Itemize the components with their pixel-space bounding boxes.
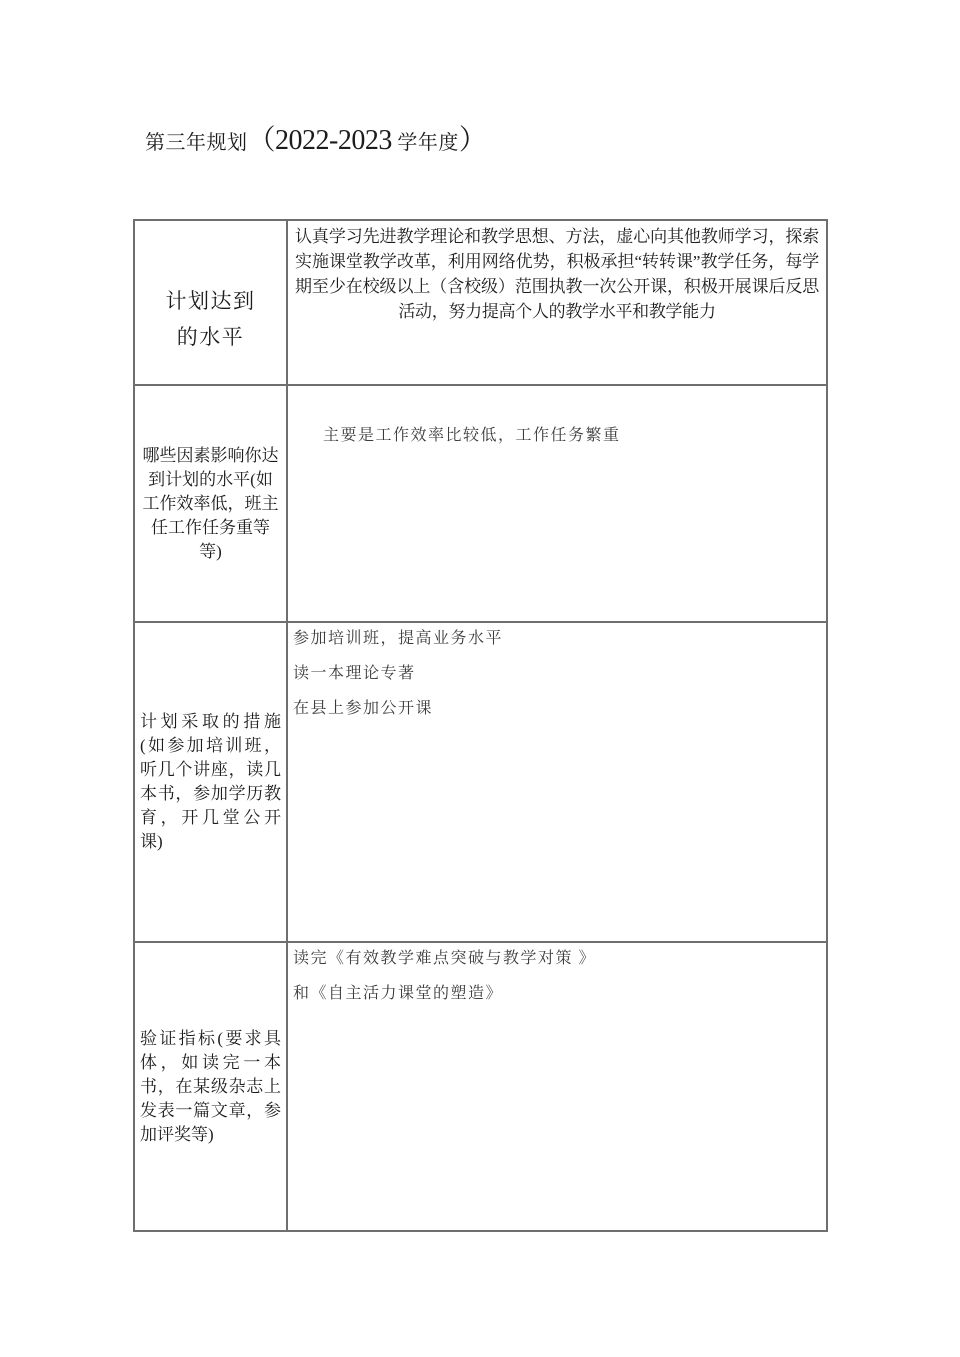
content-cell-planned-measures: 参加培训班，提高业务水平 读一本理论专著 在县上参加公开课 xyxy=(288,623,826,941)
row-label: 计划达到的水平 xyxy=(163,283,259,355)
title-prefix: 第三年规划 xyxy=(145,132,248,154)
plan-form-table: 计划达到的水平 认真学习先进教学理论和教学思想、方法，虚心向其他教师学习，探索实… xyxy=(133,219,828,1232)
title-close-paren: ） xyxy=(459,125,487,156)
row-label: 哪些因素影响你达到计划的水平(如工作效率低，班主任工作任务重等等) xyxy=(140,444,281,564)
label-cell-verification-indicators: 验证指标(要求具体，如读完一本书，在某级杂志上发表一篇文章，参加评奖等) xyxy=(135,943,288,1230)
document-title: 第三年规划（2022-2023 学年度） xyxy=(145,123,486,163)
title-year-range: （2022-2023 xyxy=(248,125,392,156)
table-row-planned-measures: 计划采取的措施(如参加培训班，听几个讲座，读几本书，参加学历教育，开几堂公开课)… xyxy=(135,623,826,943)
table-row-influencing-factors: 哪些因素影响你达到计划的水平(如工作效率低，班主任工作任务重等等) 主要是工作效… xyxy=(135,386,826,623)
measure-item: 在县上参加公开课 xyxy=(293,697,816,721)
content-cell-planned-level: 认真学习先进教学理论和教学思想、方法，虚心向其他教师学习，探索实施课堂教学改革，… xyxy=(288,221,826,384)
measure-item: 参加培训班，提高业务水平 xyxy=(293,627,816,651)
indicator-item: 和《自主活力课堂的塑造》 xyxy=(293,982,816,1006)
title-academic-year: 学年度 xyxy=(392,132,459,154)
planned-level-text: 认真学习先进教学理论和教学思想、方法，虚心向其他教师学习，探索实施课堂教学改革，… xyxy=(295,227,819,321)
row-label: 验证指标(要求具体，如读完一本书，在某级杂志上发表一篇文章，参加评奖等) xyxy=(140,1027,281,1147)
content-cell-verification-indicators: 读完《有效教学难点突破与教学对策 》 和《自主活力课堂的塑造》 xyxy=(288,943,826,1230)
content-cell-influencing-factors: 主要是工作效率比较低，工作任务繁重 xyxy=(288,386,826,621)
indicator-item: 读完《有效教学难点突破与教学对策 》 xyxy=(293,947,816,971)
measure-item: 读一本理论专著 xyxy=(293,662,816,686)
influencing-factors-text: 主要是工作效率比较低，工作任务繁重 xyxy=(323,427,621,444)
row-label: 计划采取的措施(如参加培训班，听几个讲座，读几本书，参加学历教育，开几堂公开课) xyxy=(140,710,281,854)
document-page: { "title": { "part_cn1": "第三年规划", "part_… xyxy=(0,0,960,1357)
label-cell-influencing-factors: 哪些因素影响你达到计划的水平(如工作效率低，班主任工作任务重等等) xyxy=(135,386,288,621)
label-cell-planned-measures: 计划采取的措施(如参加培训班，听几个讲座，读几本书，参加学历教育，开几堂公开课) xyxy=(135,623,288,941)
table-row-verification-indicators: 验证指标(要求具体，如读完一本书，在某级杂志上发表一篇文章，参加评奖等) 读完《… xyxy=(135,943,826,1230)
table-row-planned-level: 计划达到的水平 认真学习先进教学理论和教学思想、方法，虚心向其他教师学习，探索实… xyxy=(135,221,826,386)
label-cell-planned-level: 计划达到的水平 xyxy=(135,221,288,384)
